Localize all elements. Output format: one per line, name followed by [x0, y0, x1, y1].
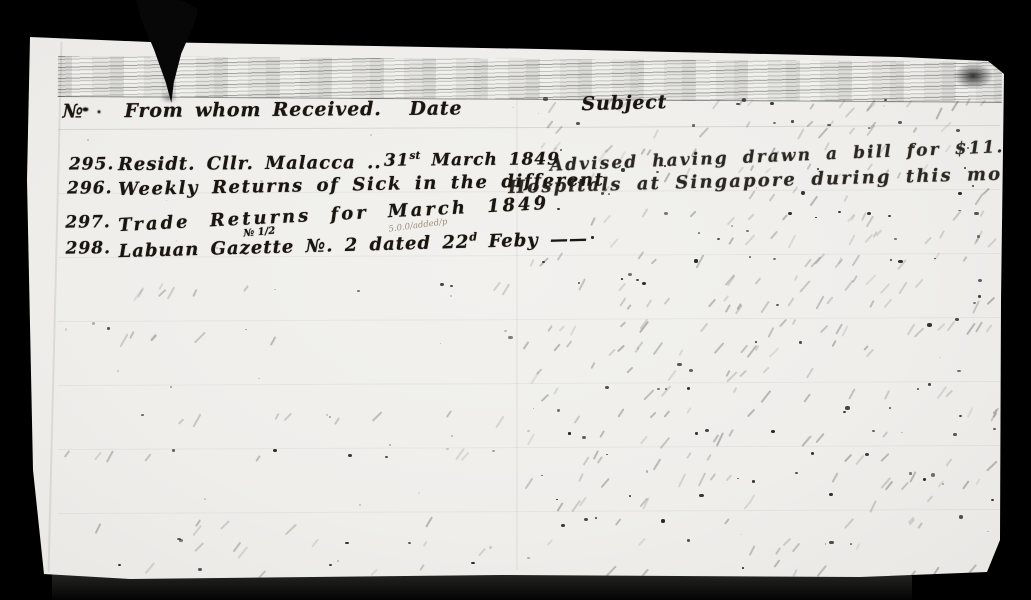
document-page: № From whom Received. Date Subject 295. … — [0, 0, 1031, 600]
entry-from-whom: Residt. Cllr. Malacca .. — [118, 152, 382, 175]
entry-from-whom: Labuan Gazette №. 2 dated 22d Feby —— — [118, 227, 588, 262]
ink-blot — [97, 110, 100, 113]
ink-blot — [82, 107, 88, 111]
entry-number: 297. — [65, 212, 111, 232]
header-col-subject: Subject — [581, 91, 667, 115]
entry-date: 31st March 1849 — [384, 149, 560, 171]
entry-number: 298. — [66, 238, 112, 258]
header-col-date: Date — [409, 97, 462, 119]
handwritten-content: № From whom Received. Date Subject 295. … — [0, 0, 1031, 600]
entry-number: 295. — [69, 154, 115, 174]
header-col-no: № — [62, 100, 84, 122]
entry-number: 296. — [67, 178, 113, 198]
